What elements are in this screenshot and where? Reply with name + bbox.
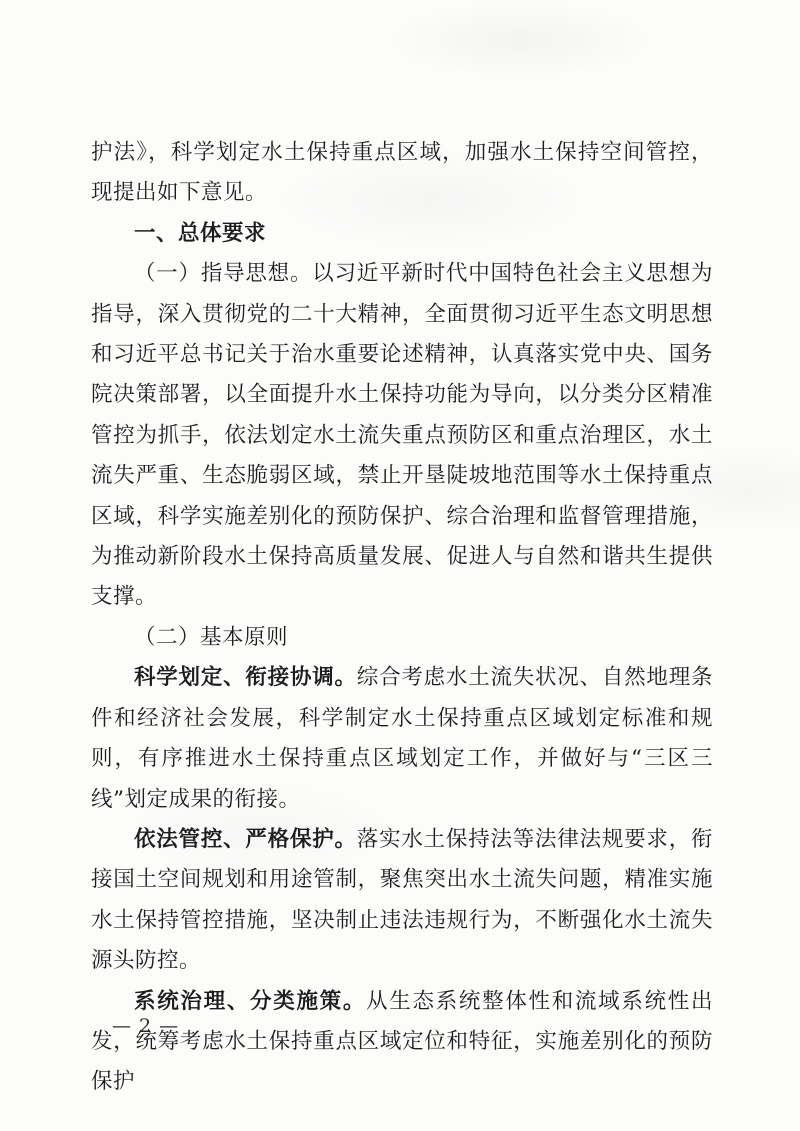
paragraph-principle-scientific-delineation: 科学划定、衔接协调。综合考虑水土流失状况、自然地理条件和经济社会发展，科学制定水… xyxy=(91,658,713,820)
paragraph-principle-lawful-control: 依法管控、严格保护。落实水土保持法等法律法规要求，衔接国土空间规划和用途管制，聚… xyxy=(91,820,713,982)
document-body: 护法》，科学划定水土保持重点区域，加强水土保持空间管控，现提出如下意见。 一、总… xyxy=(91,133,713,1103)
page-number: — 2 — xyxy=(112,1013,179,1039)
paragraph-principle-systematic-governance: 系统治理、分类施策。从生态系统整体性和流域系统性出发，统筹考虑水土保持重点区域定… xyxy=(91,982,713,1103)
paragraph-guiding-ideology: （一）指导思想。以习近平新时代中国特色社会主义思想为指导，深入贯彻党的二十大精神… xyxy=(91,254,713,618)
document-page: 护法》，科学划定水土保持重点区域，加强水土保持空间管控，现提出如下意见。 一、总… xyxy=(0,0,800,1131)
section-heading-overall-requirements: 一、总体要求 xyxy=(91,214,713,254)
principle-1-lead: 科学划定、衔接协调。 xyxy=(134,665,357,690)
subsection-heading-basic-principles: （二）基本原则 xyxy=(91,618,713,658)
principle-2-lead: 依法管控、严格保护。 xyxy=(134,827,357,852)
paragraph-continuation: 护法》，科学划定水土保持重点区域，加强水土保持空间管控，现提出如下意见。 xyxy=(91,133,713,214)
principle-3-lead: 系统治理、分类施策。 xyxy=(134,989,366,1014)
